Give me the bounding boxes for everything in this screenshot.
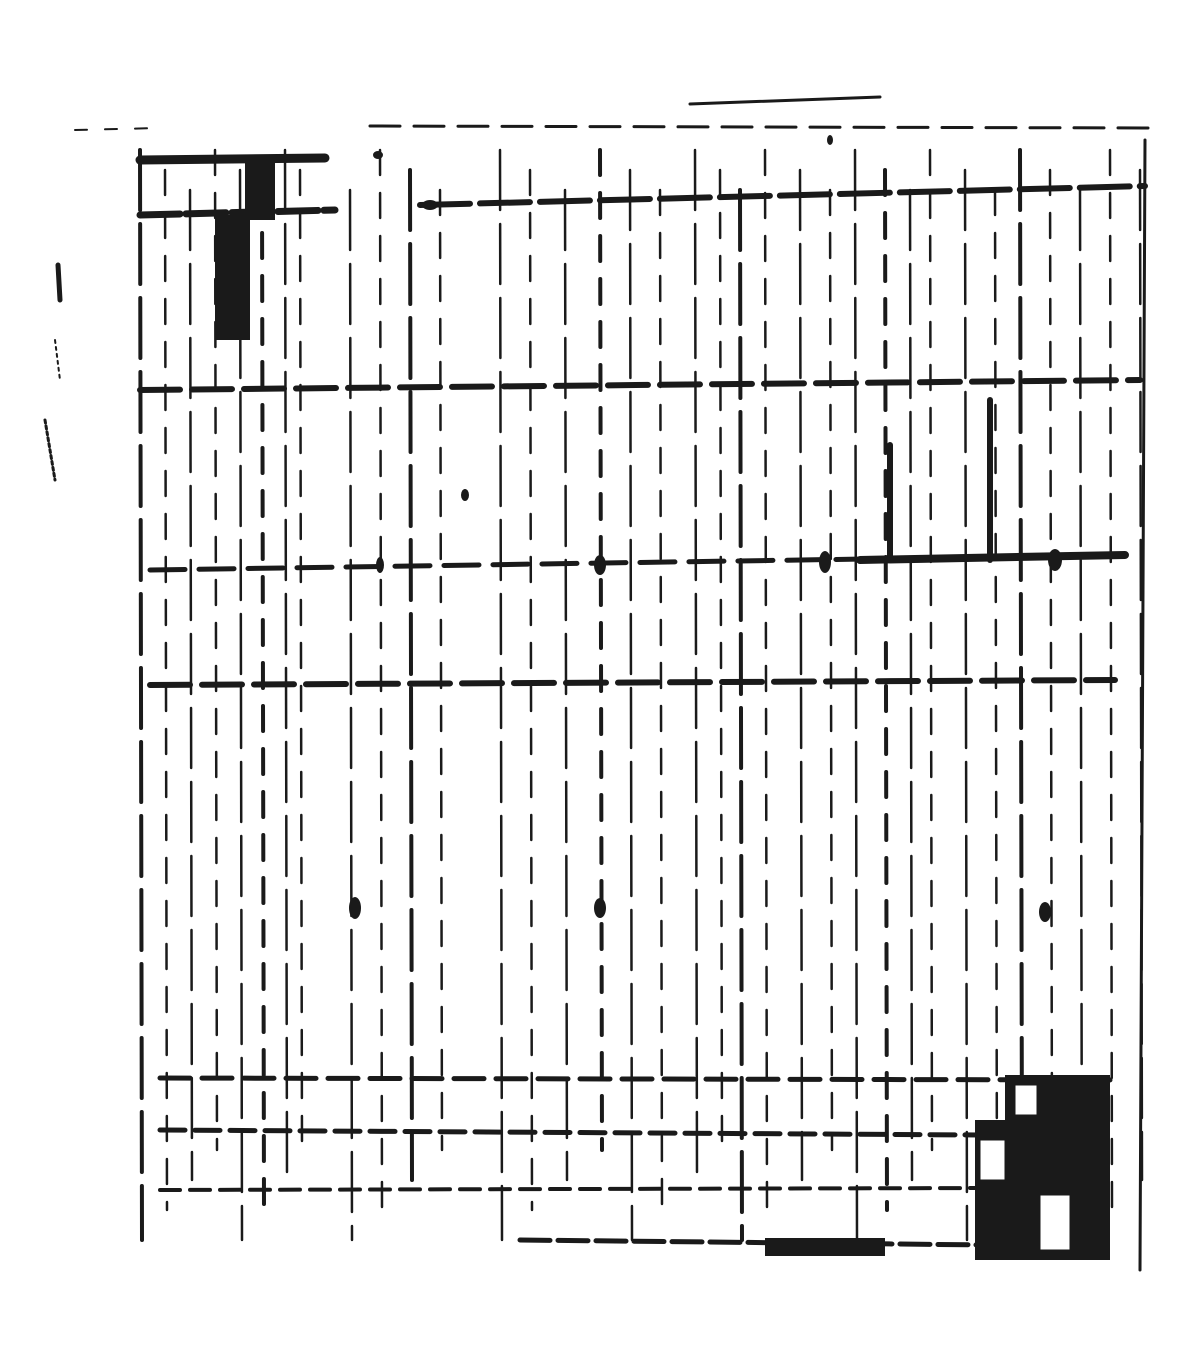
abstract-grid-artwork bbox=[0, 0, 1200, 1360]
